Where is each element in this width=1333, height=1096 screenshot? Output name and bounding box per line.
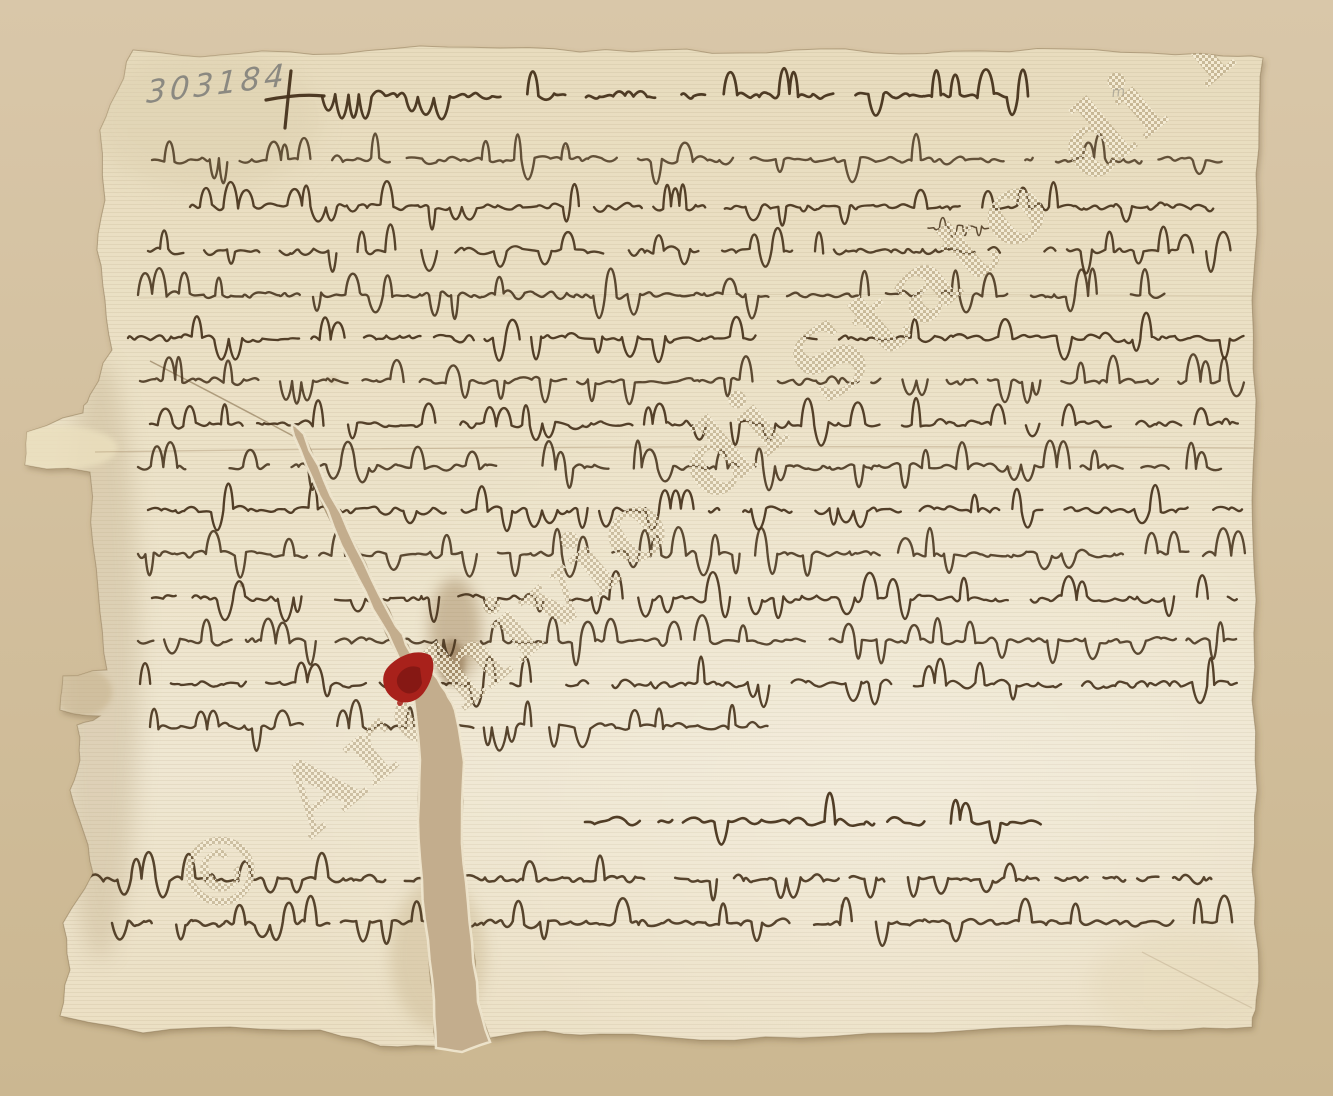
- scanned-document: © Archivio di Stato di Prato 303184 m: [0, 0, 1333, 1096]
- wax-drip: [397, 700, 403, 706]
- stain: [1090, 930, 1280, 1040]
- paper-surface: © Archivio di Stato di Prato 303184 m: [0, 0, 1333, 1096]
- document-scan-canvas: © Archivio di Stato di Prato 303184 m: [0, 0, 1333, 1096]
- manuscript-page: © Archivio di Stato di Prato 303184 m: [0, 0, 1333, 1096]
- pencil-corner-mark: m: [1111, 84, 1126, 101]
